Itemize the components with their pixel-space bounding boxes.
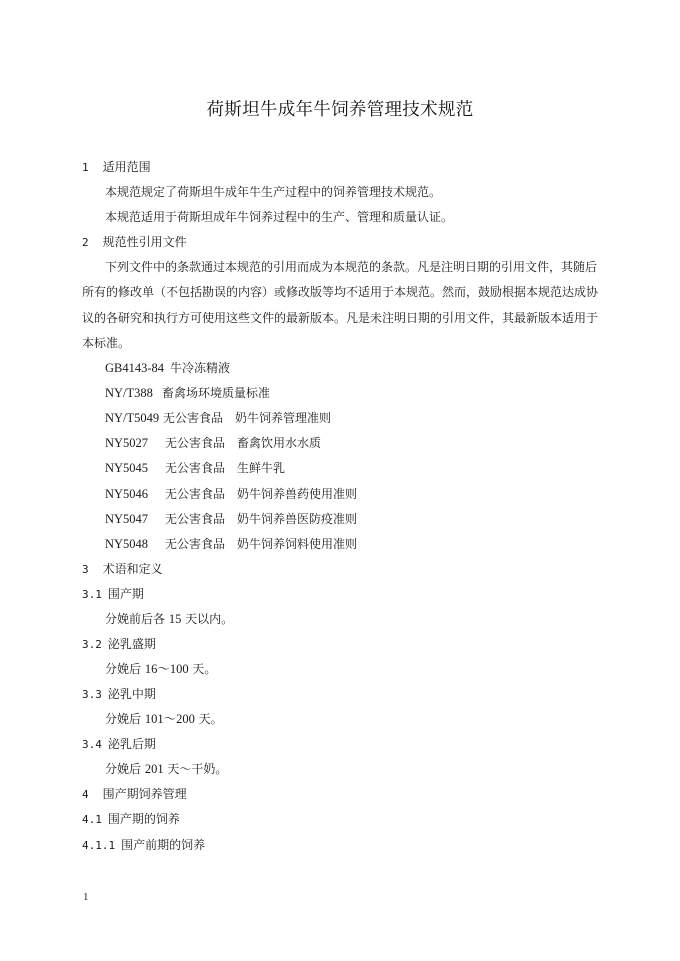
reference-item: NY/T5049无公害食品 奶牛饲养管理准则	[105, 410, 331, 426]
section-heading-2: 2规范性引用文件	[82, 234, 187, 251]
definition-text: 分娩后 101～200 天。	[105, 711, 223, 727]
definition-text: 分娩前后各 15 天以内。	[105, 611, 233, 627]
subsection-heading-3-1: 3.1围产期	[82, 586, 144, 603]
value: 201	[145, 762, 164, 776]
section-title: 适用范围	[103, 160, 151, 174]
section-title: 围产期饲养管理	[103, 787, 187, 801]
text: 分娩后	[105, 662, 145, 676]
reference-title: 无公害食品 奶牛饲养兽医防疫准则	[165, 512, 357, 526]
reference-code: GB4143-84	[105, 360, 170, 376]
paragraph-line: 所有的修改单（不包括勘误的内容）或修改版等均不适用于本规范。然而，鼓励根据本规范…	[82, 284, 602, 300]
text: 分娩前后各	[105, 612, 169, 626]
text: 天～干奶。	[164, 762, 228, 776]
text: 天。	[189, 662, 217, 676]
reference-code: NY5046	[105, 486, 165, 502]
reference-item: GB4143-84牛冷冻精液	[105, 360, 230, 376]
reference-code: NY/T388	[105, 385, 162, 401]
text: 分娩后	[105, 712, 145, 726]
definition-text: 分娩后 201 天～干奶。	[105, 761, 227, 777]
reference-title: 牛冷冻精液	[170, 361, 230, 375]
reference-title: 无公害食品 奶牛饲养饲料使用准则	[165, 537, 357, 551]
subsection-number: 4.1.1	[82, 838, 115, 854]
section-heading-3: 3术语和定义	[82, 561, 163, 578]
subsection-number: 3.4	[82, 737, 102, 753]
section-title: 规范性引用文件	[103, 235, 187, 249]
paragraph-line: 下列文件中的条款通过本规范的引用而成为本规范的条款。凡是注明日期的引用文件，其随…	[105, 259, 597, 275]
paragraph-line: 议的各研究和执行方可使用这些文件的最新版本。凡是未注明日期的引用文件，其最新版本…	[82, 310, 602, 326]
paragraph-line: 本标准。	[82, 335, 602, 351]
subsection-heading-4-1-1: 4.1.1围产前期的饲养	[82, 837, 205, 854]
subsection-heading-3-4: 3.4泌乳后期	[82, 736, 156, 753]
subsection-title: 泌乳中期	[108, 687, 156, 701]
section-number: 1	[82, 160, 89, 176]
subsection-title: 泌乳盛期	[108, 637, 156, 651]
value: 16～100	[145, 662, 189, 676]
reference-code: NY/T5049	[105, 410, 163, 426]
value: 15	[169, 612, 182, 626]
reference-item: NY5027无公害食品 畜禽饮用水水质	[105, 435, 321, 451]
section-number: 4	[82, 787, 89, 803]
subsection-title: 围产前期的饲养	[121, 838, 205, 852]
section-heading-1: 1适用范围	[82, 159, 151, 176]
section-number: 3	[82, 562, 89, 578]
body-text: 本规范适用于荷斯坦成年牛饲养过程中的生产、管理和质量认证。	[105, 209, 453, 225]
subsection-number: 4.1	[82, 812, 102, 828]
section-heading-4: 4围产期饲养管理	[82, 786, 187, 803]
subsection-number: 3.1	[82, 587, 102, 603]
subsection-heading-3-2: 3.2泌乳盛期	[82, 636, 156, 653]
subsection-number: 3.2	[82, 637, 102, 653]
section-title: 术语和定义	[103, 562, 163, 576]
value: 101～200	[145, 712, 195, 726]
text: 天。	[195, 712, 223, 726]
reference-item: NY5045无公害食品 生鲜牛乳	[105, 460, 285, 476]
reference-title: 畜禽场环境质量标准	[162, 386, 270, 400]
text: 分娩后	[105, 762, 145, 776]
reference-item: NY5046无公害食品 奶牛饲养兽药使用准则	[105, 486, 357, 502]
reference-item: NY5047无公害食品 奶牛饲养兽医防疫准则	[105, 511, 357, 527]
subsection-title: 围产期的饲养	[108, 812, 180, 826]
subsection-heading-4-1: 4.1围产期的饲养	[82, 811, 180, 828]
body-text: 本规范规定了荷斯坦牛成年牛生产过程中的饲养管理技术规范。	[105, 184, 441, 200]
reference-title: 无公害食品 奶牛饲养兽药使用准则	[165, 487, 357, 501]
reference-item: NY/T388畜禽场环境质量标准	[105, 385, 270, 401]
reference-code: NY5045	[105, 460, 165, 476]
subsection-title: 围产期	[108, 587, 144, 601]
subsection-title: 泌乳后期	[108, 737, 156, 751]
reference-item: NY5048无公害食品 奶牛饲养饲料使用准则	[105, 536, 357, 552]
reference-title: 无公害食品 畜禽饮用水水质	[165, 436, 321, 450]
reference-code: NY5048	[105, 536, 165, 552]
text: 天以内。	[181, 612, 233, 626]
page-number: 1	[83, 891, 89, 903]
document-page: 荷斯坦牛成年牛饲养管理技术规范 1适用范围 本规范规定了荷斯坦牛成年牛生产过程中…	[0, 0, 680, 961]
definition-text: 分娩后 16～100 天。	[105, 661, 216, 677]
subsection-heading-3-3: 3.3泌乳中期	[82, 686, 156, 703]
reference-code: NY5027	[105, 435, 165, 451]
subsection-number: 3.3	[82, 687, 102, 703]
document-title: 荷斯坦牛成年牛饲养管理技术规范	[0, 96, 680, 121]
reference-title: 无公害食品 奶牛饲养管理准则	[163, 411, 331, 425]
section-number: 2	[82, 235, 89, 251]
reference-code: NY5047	[105, 511, 165, 527]
reference-title: 无公害食品 生鲜牛乳	[165, 461, 285, 475]
